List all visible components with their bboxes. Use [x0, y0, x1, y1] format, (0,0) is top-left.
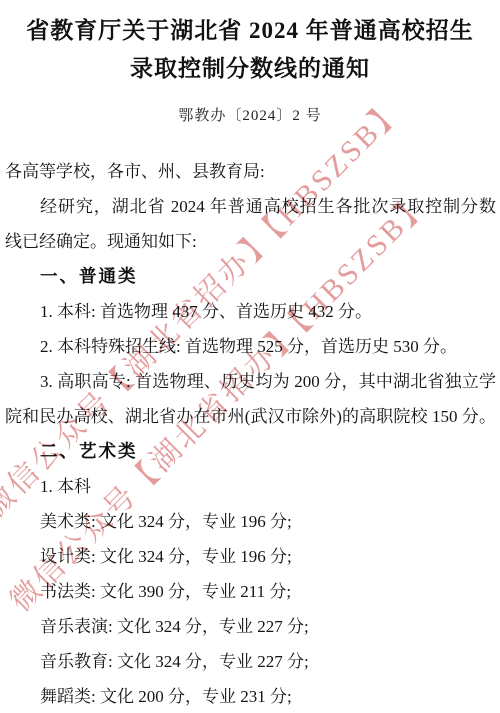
arts-benke-label: 1. 本科	[0, 469, 500, 504]
arts-design-line: 设计类: 文化 324 分，专业 196 分;	[0, 539, 500, 574]
general-special-line: 2. 本科特殊招生线: 首选物理 525 分，首选历史 530 分。	[0, 329, 500, 364]
general-benke-line: 1. 本科: 首选物理 437 分、首选历史 432 分。	[0, 294, 500, 329]
intro-paragraph-line-2: 线已经确定。现通知如下:	[0, 224, 500, 259]
document-title: 省教育厅关于湖北省 2024 年普通高校招生 录取控制分数线的通知	[0, 0, 500, 88]
arts-music-edu-line: 音乐教育: 文化 324 分，专业 227 分;	[0, 644, 500, 679]
general-gaozhi-line-1: 3. 高职高专: 首选物理、历史均为 200 分，其中湖北省独立学	[0, 364, 500, 399]
arts-music-perf-line: 音乐表演: 文化 324 分，专业 227 分;	[0, 609, 500, 644]
document-title-line-2: 录取控制分数线的通知	[0, 50, 500, 88]
arts-fine-art-line: 美术类: 文化 324 分，专业 196 分;	[0, 504, 500, 539]
document-title-line-1: 省教育厅关于湖北省 2024 年普通高校招生	[0, 12, 500, 50]
intro-paragraph-line-1: 经研究，湖北省 2024 年普通高校招生各批次录取控制分数	[0, 189, 500, 224]
section-heading-arts: 二、艺术类	[0, 434, 500, 469]
salutation-line: 各高等学校，各市、州、县教育局:	[0, 154, 500, 189]
arts-dance-line: 舞蹈类: 文化 200 分，专业 231 分;	[0, 679, 500, 713]
document-number: 鄂教办〔2024〕2 号	[0, 104, 500, 125]
document-page: 微信公众号【湖北省招办】【HBSZSB】 微信公众号【湖北省招办】【HBSZSB…	[0, 0, 500, 713]
general-gaozhi-line-2: 院和民办高校、湖北省办在市州(武汉市除外)的高职院校 150 分。	[0, 399, 500, 434]
document-body: 各高等学校，各市、州、县教育局: 经研究，湖北省 2024 年普通高校招生各批次…	[0, 154, 500, 713]
arts-calligraphy-line: 书法类: 文化 390 分，专业 211 分;	[0, 574, 500, 609]
section-heading-general: 一、普通类	[0, 259, 500, 294]
